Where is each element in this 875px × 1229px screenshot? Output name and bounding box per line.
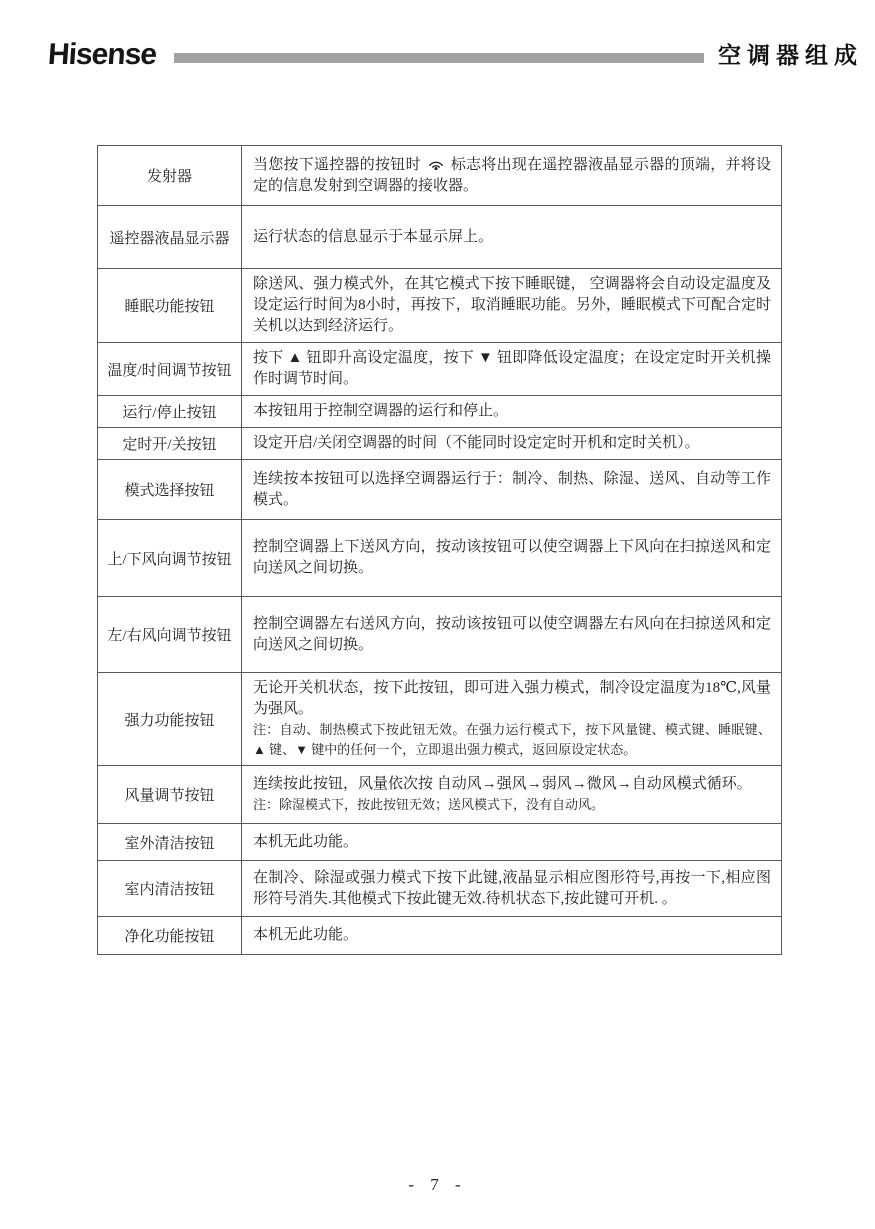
- description-text: 本机无此功能。: [253, 832, 771, 853]
- description-text: 运行状态的信息显示于本显示屏上。: [253, 227, 771, 248]
- component-description: 除送风、强力模式外，在其它模式下按下睡眠键， 空调器将会自动设定温度及设定运行时…: [242, 269, 781, 342]
- components-table: 发射器当您按下遥控器的按钮时 标志将出现在遥控器液晶显示器的顶端，并将设定的信息…: [97, 145, 782, 955]
- component-description: 按下 ▲ 钮即升高设定温度，按下 ▼ 钮即降低设定温度；在设定定时开关机操作时调…: [242, 343, 781, 395]
- component-term: 风量调节按钮: [98, 766, 242, 823]
- component-term: 睡眠功能按钮: [98, 269, 242, 342]
- component-description: 本机无此功能。: [242, 917, 781, 954]
- description-text: 连续按此按钮，风量依次按 自动风→强风→弱风→微风→自动风模式循环。: [253, 774, 771, 795]
- table-row: 温度/时间调节按钮按下 ▲ 钮即升高设定温度，按下 ▼ 钮即降低设定温度；在设定…: [98, 343, 781, 396]
- table-row: 强力功能按钮无论开关机状态，按下此按钮，即可进入强力模式，制冷设定温度为18℃,…: [98, 673, 781, 766]
- component-description: 本按钮用于控制空调器的运行和停止。: [242, 396, 781, 427]
- component-term: 室内清洁按钮: [98, 861, 242, 916]
- description-text: 当您按下遥控器的按钮时 标志将出现在遥控器液晶显示器的顶端，并将设定的信息发射到…: [253, 155, 771, 197]
- component-description: 当您按下遥控器的按钮时 标志将出现在遥控器液晶显示器的顶端，并将设定的信息发射到…: [242, 146, 781, 205]
- component-term: 发射器: [98, 146, 242, 205]
- table-row: 模式选择按钮连续按本按钮可以选择空调器运行于：制冷、制热、除湿、送风、自动等工作…: [98, 460, 781, 520]
- description-text: 本机无此功能。: [253, 925, 771, 946]
- component-term: 遥控器液晶显示器: [98, 206, 242, 268]
- component-description: 本机无此功能。: [242, 824, 781, 860]
- description-text: 连续按本按钮可以选择空调器运行于：制冷、制热、除湿、送风、自动等工作模式。: [253, 469, 771, 511]
- description-text: 控制空调器上下送风方向，按动该按钮可以使空调器上下风向在扫掠送风和定向送风之间切…: [253, 537, 771, 579]
- component-term: 定时开/关按钮: [98, 428, 242, 459]
- hisense-logo: Hisense: [47, 40, 157, 70]
- signal-icon-wrap: [427, 157, 445, 171]
- description-text: 控制空调器左右送风方向，按动该按钮可以使空调器左右风向在扫掠送风和定向送风之间切…: [253, 614, 771, 656]
- table-row: 室内清洁按钮在制冷、除湿或强力模式下按下此键,液晶显示相应图形符号,再按一下,相…: [98, 861, 781, 917]
- table-row: 风量调节按钮连续按此按钮，风量依次按 自动风→强风→弱风→微风→自动风模式循环。…: [98, 766, 781, 824]
- header-rule: [174, 53, 704, 63]
- page-footer: - 7 -: [0, 1175, 875, 1195]
- component-description: 控制空调器上下送风方向，按动该按钮可以使空调器上下风向在扫掠送风和定向送风之间切…: [242, 520, 781, 596]
- components-table-rows: 发射器当您按下遥控器的按钮时 标志将出现在遥控器液晶显示器的顶端，并将设定的信息…: [98, 146, 781, 954]
- component-term: 运行/停止按钮: [98, 396, 242, 427]
- table-row: 左/右风向调节按钮控制空调器左右送风方向，按动该按钮可以使空调器左右风向在扫掠送…: [98, 597, 781, 673]
- page-title: 空调器组成: [718, 44, 863, 67]
- component-term: 模式选择按钮: [98, 460, 242, 519]
- table-row: 上/下风向调节按钮控制空调器上下送风方向，按动该按钮可以使空调器上下风向在扫掠送…: [98, 520, 781, 597]
- table-row: 睡眠功能按钮除送风、强力模式外，在其它模式下按下睡眠键， 空调器将会自动设定温度…: [98, 269, 781, 343]
- component-term: 左/右风向调节按钮: [98, 597, 242, 672]
- component-term: 强力功能按钮: [98, 673, 242, 765]
- component-term: 室外清洁按钮: [98, 824, 242, 860]
- component-term: 净化功能按钮: [98, 917, 242, 954]
- component-description: 连续按此按钮，风量依次按 自动风→强风→弱风→微风→自动风模式循环。注：除湿模式…: [242, 766, 781, 823]
- signal-icon: [427, 157, 445, 171]
- description-text: 本按钮用于控制空调器的运行和停止。: [253, 401, 771, 422]
- description-note: 注：除湿模式下，按此按钮无效；送风模式下，没有自动风。: [253, 795, 771, 815]
- component-description: 连续按本按钮可以选择空调器运行于：制冷、制热、除湿、送风、自动等工作模式。: [242, 460, 781, 519]
- table-row: 发射器当您按下遥控器的按钮时 标志将出现在遥控器液晶显示器的顶端，并将设定的信息…: [98, 146, 781, 206]
- description-text: 除送风、强力模式外，在其它模式下按下睡眠键， 空调器将会自动设定温度及设定运行时…: [253, 274, 771, 337]
- page-header: Hisense 空调器组成: [48, 40, 863, 70]
- table-row: 运行/停止按钮本按钮用于控制空调器的运行和停止。: [98, 396, 781, 428]
- description-text: 按下 ▲ 钮即升高设定温度，按下 ▼ 钮即降低设定温度；在设定定时开关机操作时调…: [253, 348, 771, 390]
- description-note: 注：自动、制热模式下按此钮无效。在强力运行模式下，按下风量键、模式键、睡眠键、▲…: [253, 720, 771, 760]
- description-text: 在制冷、除湿或强力模式下按下此键,液晶显示相应图形符号,再按一下,相应图形符号消…: [253, 868, 771, 910]
- component-description: 无论开关机状态，按下此按钮，即可进入强力模式，制冷设定温度为18℃,风量为强风。…: [242, 673, 781, 765]
- component-term: 温度/时间调节按钮: [98, 343, 242, 395]
- description-text: 设定开启/关闭空调器的时间（不能同时设定定时开机和定时关机）。: [253, 433, 771, 454]
- component-description: 在制冷、除湿或强力模式下按下此键,液晶显示相应图形符号,再按一下,相应图形符号消…: [242, 861, 781, 916]
- component-description: 控制空调器左右送风方向，按动该按钮可以使空调器左右风向在扫掠送风和定向送风之间切…: [242, 597, 781, 672]
- component-description: 设定开启/关闭空调器的时间（不能同时设定定时开机和定时关机）。: [242, 428, 781, 459]
- component-description: 运行状态的信息显示于本显示屏上。: [242, 206, 781, 268]
- manual-page: Hisense 空调器组成 发射器当您按下遥控器的按钮时 标志将出现在遥控器液晶…: [0, 0, 875, 1229]
- table-row: 净化功能按钮本机无此功能。: [98, 917, 781, 954]
- table-row: 遥控器液晶显示器运行状态的信息显示于本显示屏上。: [98, 206, 781, 269]
- component-term: 上/下风向调节按钮: [98, 520, 242, 596]
- page-number: - 7 -: [408, 1175, 466, 1194]
- description-text: 无论开关机状态，按下此按钮，即可进入强力模式，制冷设定温度为18℃,风量为强风。: [253, 678, 771, 720]
- table-row: 室外清洁按钮本机无此功能。: [98, 824, 781, 861]
- table-row: 定时开/关按钮设定开启/关闭空调器的时间（不能同时设定定时开机和定时关机）。: [98, 428, 781, 460]
